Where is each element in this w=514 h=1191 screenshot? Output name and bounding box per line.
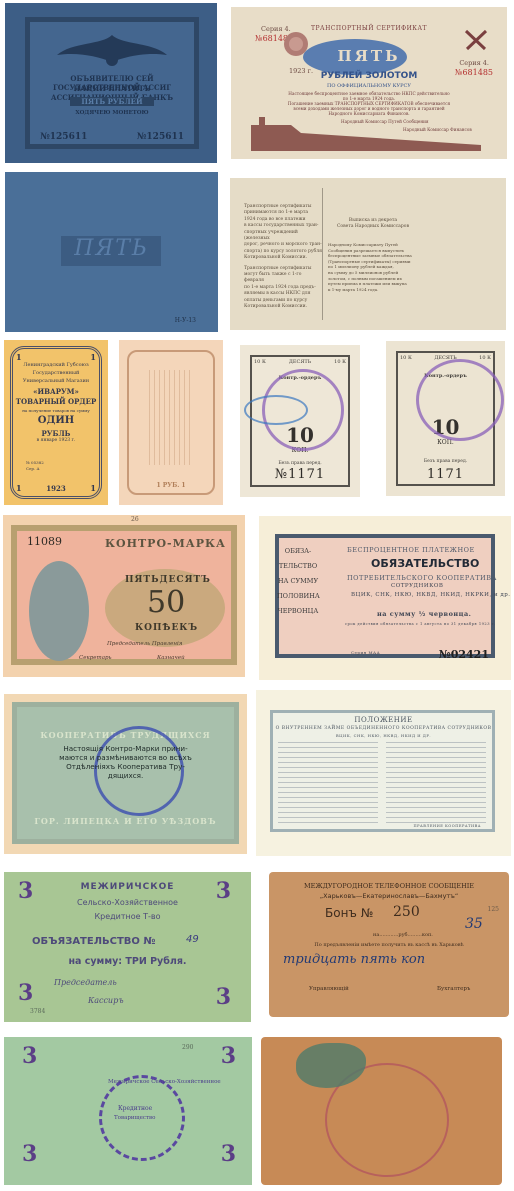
manager-label: Управляющій: [309, 986, 349, 992]
line-2: „Харьковъ—Екатеринославъ—Бахмутъ“: [269, 892, 509, 900]
transport-certificate-back-image: Транспортные сертификатыпринимаются по 1…: [230, 178, 506, 330]
back-value-label: 1 РУБ. 1: [119, 482, 223, 489]
corner-value: 1: [90, 352, 96, 362]
no-transfer-note: Безъ права перед.: [386, 459, 505, 464]
mezhirich-credit-back-image: 3 3 3 3 Межиричское Сельско-Хозяйственно…: [4, 1037, 252, 1185]
unit: КОП.: [386, 439, 505, 446]
back-right-title: Выписка из декретаСовета Народных Комисс…: [330, 218, 416, 231]
corner-value: 1: [16, 352, 22, 362]
side-panel: ОБЯЗА-ТЕЛЬСТВОНА СУММУПОЛОВИНАЧЕРВОНЦА: [277, 544, 319, 619]
corner-value: 3: [221, 1141, 236, 1167]
corner-value: 3: [221, 1043, 236, 1069]
round-stamp: [416, 359, 504, 441]
corner-value: 1: [90, 483, 96, 493]
regulation-text-left: [278, 742, 378, 826]
corner-value: 3: [22, 1043, 37, 1069]
term: срок действия обязательства с 1 августа …: [345, 622, 496, 626]
order-title: ТОВАРНЫЙ ОРДЕР: [4, 397, 108, 406]
stamp-ring-text: Межиричское Сельско-Хозяйственное: [108, 1079, 221, 1085]
mezhirich-credit-front-image: 3 3 3 3 МЕЖИРИЧСКОЕ Сельско-Хозяйственно…: [4, 872, 251, 1022]
emblem-oval: [29, 561, 89, 661]
regulation-text-right: [386, 742, 486, 826]
bon-label: Бонъ №: [325, 906, 373, 920]
signature-label-1: Народный Комиссар Путей Сообщения: [341, 119, 429, 124]
signature-label: Казначей: [157, 655, 185, 661]
regulation-footer: ПРАВЛЕНИЕ КООПЕРАТИВА: [413, 824, 481, 828]
series: Серия МАА: [351, 650, 380, 655]
store-name: «ИВАРУМ»: [4, 387, 108, 396]
corner-value: 10 К: [334, 359, 346, 365]
order-date: в январе 1923 г.: [4, 438, 108, 443]
assignat-line-4: ХОДЯЧЕЮ МОНЕТОЮ: [30, 110, 194, 116]
serial: 11089: [27, 535, 62, 548]
assignat-front-image: ОБЪЯВИТЕЛЮ СЕЙ ГОСУДАРСТВЕННОЙ АССИГ НАЦ…: [5, 3, 217, 163]
obligation-number: 49: [186, 934, 199, 945]
order-line-1: Ленинградский Губсоюз: [4, 362, 108, 368]
kontro-marka-50-image: КОНТРО-МАРКА 11089 ПЯТЬДЕСЯТЪ 50 КОПѢЕКЪ…: [3, 515, 245, 677]
vertical-text-block: [149, 370, 193, 465]
overprint-text: Настоящія Контро-Марки прини-маются и ра…: [4, 744, 247, 780]
cashier-label: Кассиръ: [88, 996, 124, 1005]
order-line-6: на получение товаров на сумму: [4, 408, 108, 413]
bon-number: 250: [393, 904, 420, 920]
telephone-bon-image: МЕЖДУГОРОДНОЕ ТЕЛЕФОННОЕ СООБЩЕНІЕ „Харь…: [269, 872, 509, 1017]
ivarum-order-back-image: 1 РУБ. 1: [119, 340, 223, 505]
corner-value: 10 К: [400, 355, 412, 361]
line-5: ВЦИК, СНК, НКЮ, НКВД, НКИД, НКРКИ, и др.: [351, 592, 511, 598]
regulation-title: ПОЛОЖЕНИЕ: [256, 716, 511, 724]
serial: 1171: [386, 467, 505, 482]
amount: на сумму ½ червонца.: [377, 610, 471, 618]
divider: [322, 188, 323, 320]
ivarum-order-front-image: Ленинградский Губсоюз Государственный Ун…: [4, 340, 108, 505]
corner-value: 10 К: [254, 359, 266, 365]
transport-certificate-front-image: Серия 4. №681485 ТРАНСПОРТНЫЙ СЕРТИФИКАТ…: [231, 7, 507, 159]
serial-number-left: №125611: [40, 132, 87, 142]
regulation-subtitle-2: ВЦИК, СНК, НКЮ, НКВД, НКИД И ДР.: [256, 733, 511, 738]
word-top: ПЯТЬДЕСЯТЪ: [125, 575, 211, 585]
serial: №1171: [240, 467, 360, 482]
corner-value: 1: [16, 483, 22, 493]
corner-value: 3: [22, 1141, 37, 1167]
line-1: БЕСПРОЦЕНТНОЕ ПЛАТЕЖНОЕ: [347, 546, 475, 554]
rate-line: ПО ОФФИЦИАЛЬНОМУ КУРСУ: [231, 83, 507, 89]
kontro-marka-back-image: КООПЕРАТИВЪ ТРУДЯЩИХСЯ Настоящія Контро-…: [4, 694, 247, 854]
value: 50: [147, 585, 185, 620]
pencil-mark: 3784: [30, 1008, 45, 1015]
border-frame: КОНТРО-МАРКА 11089 ПЯТЬДЕСЯТЪ 50 КОПѢЕКЪ…: [11, 525, 237, 665]
line-3: ПОТРЕБИТЕЛЬСКОГО КООПЕРАТИВА: [347, 574, 497, 582]
accountant-label: Бухгалтеръ: [437, 986, 470, 992]
serial-number-right: №125611: [137, 132, 184, 142]
amount-line: на............руб.........коп.: [373, 932, 433, 938]
line-3: Кредитное Т-во: [4, 912, 251, 921]
amount-words-handwritten: тридцать пять коп: [283, 952, 425, 967]
corner-value: 10 К: [479, 355, 491, 361]
regulation-subtitle: О ВНУТРЕННЕМ ЗАЙМЕ ОБЪЕДИНЕННОГО КООПЕРА…: [256, 726, 511, 731]
ink-scribble: [244, 395, 308, 425]
watermark-bottom: ГОР. ЛИПЕЦКА И ЕГО УѢЗДОВЪ: [4, 816, 247, 826]
amount-unit: РУБЛЬ: [4, 429, 108, 438]
pencil-mark: 290: [182, 1044, 193, 1051]
amount-word: ОДИН: [4, 415, 108, 426]
subtitle: РУБЛЕЙ ЗОЛОТОМ: [231, 71, 507, 81]
series-right: Серия 4.: [459, 59, 489, 67]
word-bottom: КОПѢЕКЪ: [135, 623, 198, 633]
line-4: СОТРУДНИКОВ: [391, 583, 443, 589]
control-order-b-image: ДЕСЯТЬ 10 К 10 К Контр.-ордеръ 10 КОП. Б…: [386, 341, 505, 496]
signature-label-2: Народный Комиссар Финансов: [403, 127, 472, 132]
stamp-center-line-2: Товарищество: [114, 1115, 155, 1121]
order-series: Сер. А: [26, 466, 40, 471]
no-transfer-note: Безъ права перед.: [240, 461, 360, 466]
back-right-text: Народному Комиссариату ПутейСообщения ра…: [328, 242, 418, 292]
stamp-center-line-1: Кредитное: [118, 1105, 152, 1112]
pencil-mark: 26: [131, 516, 139, 523]
amount: на сумму: ТРИ Рубля.: [4, 956, 251, 967]
chairman-label: Председатель: [54, 978, 117, 987]
assignat-denomination: ПЯТЬ РУБЛЕЙ: [70, 97, 154, 106]
corner-value: 3: [216, 984, 231, 1010]
back-left-text: Транспортные сертификатыпринимаются по 1…: [244, 204, 322, 311]
amount-handwritten: 35: [465, 916, 483, 932]
signature-label: Секретарь: [79, 655, 112, 661]
obligation-title: ОБЪЯЗАТЕЛЬСТВО №: [32, 936, 155, 947]
telephone-bon-back-image: [261, 1037, 502, 1185]
assignat-back-word: ПЯТЬ: [5, 236, 218, 261]
line-1: МЕЖИРИЧСКОЕ: [4, 882, 251, 892]
line-1: МЕЖДУГОРОДНОЕ ТЕЛЕФОННОЕ СООБЩЕНІЕ: [269, 882, 509, 890]
control-order-a-image: ДЕСЯТЬ 10 К 10 К Контр.-ордеръ 10 КОП. Б…: [240, 345, 360, 497]
pencil-mark: Н-У-13: [175, 317, 196, 324]
pencil-mark: 125: [488, 906, 499, 913]
assignat-back-image: ПЯТЬ Н-У-13: [5, 172, 218, 332]
serial: №02421: [439, 648, 489, 661]
line-2: Сельско-Хозяйственное: [4, 898, 251, 907]
cooperative-obligation-front-image: ОБЯЗА-ТЕЛЬСТВОНА СУММУПОЛОВИНАЧЕРВОНЦА Б…: [259, 516, 511, 680]
order-serial: № 05382: [26, 460, 44, 465]
title: ОБЯЗАТЕЛЬСТВО: [371, 557, 479, 570]
assignat-frame: ОБЪЯВИТЕЛЮ СЕЙ ГОСУДАРСТВЕННОЙ АССИГ НАЦ…: [25, 17, 199, 149]
header: КОНТРО-МАРКА: [105, 537, 226, 550]
order-line-3: Универсальный Магазин: [4, 378, 108, 384]
double-headed-eagle-icon: [52, 30, 172, 70]
order-line-2: Государственный: [4, 370, 108, 376]
signature-label: Председатель Правленія: [107, 641, 182, 647]
instruction: По предъявленіи имѣете получить въ кассѣ…: [269, 942, 509, 948]
corner-value: 3: [18, 980, 33, 1006]
cooperative-obligation-back-image: ПОЛОЖЕНИЕ О ВНУТРЕННЕМ ЗАЙМЕ ОБЪЕДИНЕННО…: [256, 690, 511, 856]
